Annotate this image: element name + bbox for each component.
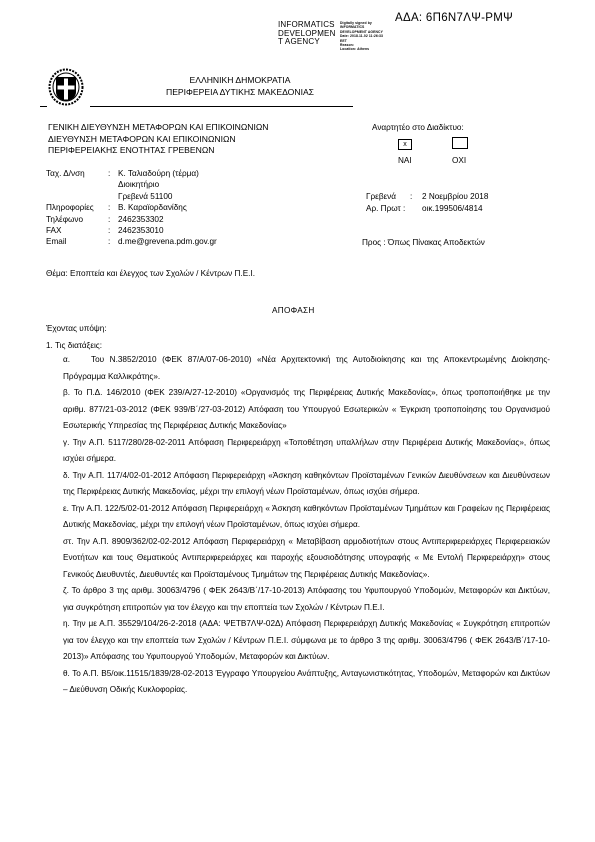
contact-label: Ταχ. Δ/νση	[46, 168, 108, 179]
colon: :	[108, 202, 118, 213]
stamp-line: T AGENCY	[278, 38, 336, 47]
contact-row-email: Email:d.me@grevena.pdm.gov.gr	[46, 236, 217, 247]
recipients-line: Προς : Όπως Πίνακας Αποδεκτών	[362, 238, 485, 247]
stamp-detail: Date: 2018.11.02 11:26:33	[340, 34, 383, 38]
email-link[interactable]: d.me@grevena.pdm.gov.gr	[118, 236, 217, 247]
item-marker: ε.	[63, 504, 69, 513]
colon: :	[108, 236, 118, 247]
item-marker: δ.	[63, 471, 70, 480]
contact-value: Γρεβενά 51100	[118, 191, 172, 202]
contact-row-fax: FAX:2462353010	[46, 225, 217, 236]
stamp-detail: Location: Athens	[340, 47, 383, 51]
item-text: Το Π.Δ. 146/2010 (ΦΕΚ 239/Α/27-12-2010) …	[63, 388, 550, 430]
contact-label: Email	[46, 236, 108, 247]
item-text: Την με Α.Π. 35529/104/26-2-2018 (ΑΔΑ: ΨΕ…	[63, 619, 550, 661]
colon: :	[108, 214, 118, 225]
item-marker: θ.	[63, 669, 70, 678]
contact-label	[46, 179, 108, 190]
provision-item: ε. Την Α.Π. 122/5/02-01-2012 Απόφαση Περ…	[63, 501, 550, 534]
contact-value: Κ. Ταλιαδούρη (τέρμα)	[118, 168, 199, 179]
contact-label: FAX	[46, 225, 108, 236]
provision-item: β. Το Π.Δ. 146/2010 (ΦΕΚ 239/Α/27-12-201…	[63, 385, 550, 435]
posting-no-label: ΟΧΙ	[452, 156, 466, 165]
provision-item: γ. Την Α.Π. 5117/280/28-02-2011 Απόφαση …	[63, 435, 550, 468]
item-marker: στ.	[63, 537, 74, 546]
contact-info: Ταχ. Δ/νση:Κ. Ταλιαδούρη (τέρμα) Διοικητ…	[46, 168, 217, 248]
region-line: ΠΕΡΙΦΕΡΕΙΑ ΔΥΤΙΚΗΣ ΜΑΚΕΔΟΝΙΑΣ	[150, 86, 330, 98]
item-text: Την Α.Π. 5117/280/28-02-2011 Απόφαση Περ…	[63, 438, 550, 464]
ada-code: ΑΔΑ: 6Π6Ν7ΛΨ-ΡΜΨ	[395, 12, 513, 24]
contact-row-address3: Γρεβενά 51100	[46, 191, 217, 202]
header-rule-right	[90, 106, 353, 107]
orders-heading: 1. Τις διατάξεις:	[46, 341, 102, 350]
contact-label	[46, 191, 108, 202]
colon: :	[108, 168, 118, 179]
contact-row-info: Πληροφορίες:Β. Καραϊορδανίδης	[46, 202, 217, 213]
item-marker: α.	[63, 352, 91, 369]
subject-line: Θέμα: Εποπτεία και έλεγχος των Σχολών / …	[46, 269, 255, 278]
colon-blank	[108, 191, 118, 202]
colon: :	[108, 225, 118, 236]
posting-yes-label: ΝΑΙ	[398, 156, 412, 165]
provision-item: θ. Το Α.Π. Β5/οικ.11515/1839/28-02-2013 …	[63, 666, 550, 699]
contact-row-address2: Διοικητήριο	[46, 179, 217, 190]
contact-row-phone: Τηλέφωνο:2462353302	[46, 214, 217, 225]
provisions-list: α.Του Ν.3852/2010 (ΦΕΚ 87/Α/07-06-2010) …	[63, 352, 550, 699]
document-meta: Γρεβενά:2 Νοεμβρίου 2018 Αρ. Πρωτ :οικ.1…	[366, 191, 488, 214]
item-text: Το Α.Π. Β5/οικ.11515/1839/28-02-2013 Έγγ…	[63, 669, 550, 695]
provision-item: στ. Την Α.Π. 8909/362/02-02-2012 Απόφαση…	[63, 534, 550, 584]
item-text: Του Ν.3852/2010 (ΦΕΚ 87/Α/07-06-2010) «Ν…	[63, 355, 550, 381]
protocol-label: Αρ. Πρωτ :	[366, 203, 422, 215]
provision-item: η. Την με Α.Π. 35529/104/26-2-2018 (ΑΔΑ:…	[63, 616, 550, 666]
posting-no-checkbox[interactable]	[452, 137, 468, 149]
contact-label: Τηλέφωνο	[46, 214, 108, 225]
item-marker: η.	[63, 619, 70, 628]
colon: :	[410, 191, 422, 203]
posting-label: Αναρτητέο στο Διαδίκτυο:	[372, 123, 464, 132]
contact-label: Πληροφορίες	[46, 202, 108, 213]
item-text: Την Α.Π. 117/4/02-01-2012 Απόφαση Περιφε…	[63, 471, 550, 497]
contact-value: 2462353010	[118, 225, 164, 236]
place-label: Γρεβενά	[366, 191, 410, 203]
regional-unit: ΠΕΡΙΦΕΡΕΙΑΚΗΣ ΕΝΟΤΗΤΑΣ ΓΡΕΒΕΝΩΝ	[48, 145, 269, 157]
directorate: ΔΙΕΥΘΥΝΣΗ ΜΕΤΑΦΟΡΩΝ ΚΑΙ ΕΠΙΚΟΙΝΩΝΙΩΝ	[48, 134, 269, 146]
colon-blank	[108, 179, 118, 190]
contact-value: Διοικητήριο	[118, 179, 159, 190]
hellenic-emblem-icon	[48, 68, 84, 106]
provision-item: δ. Την Α.Π. 117/4/02-01-2012 Απόφαση Περ…	[63, 468, 550, 501]
provision-item: α.Του Ν.3852/2010 (ΦΕΚ 87/Α/07-06-2010) …	[63, 352, 550, 385]
contact-row-address: Ταχ. Δ/νση:Κ. Ταλιαδούρη (τέρμα)	[46, 168, 217, 179]
provision-item: ζ. Το άρθρο 3 της αριθμ. 30063/4796 ( ΦΕ…	[63, 583, 550, 616]
decision-title: ΑΠΟΦΑΣΗ	[272, 306, 315, 315]
republic-line: ΕΛΛΗΝΙΚΗ ΔΗΜΟΚΡΑΤΙΑ	[150, 74, 330, 86]
protocol-number: οικ.199506/4814	[422, 203, 483, 215]
department-heading: ΓΕΝΙΚΗ ΔΙΕΥΘΥΝΣΗ ΜΕΤΑΦΟΡΩΝ ΚΑΙ ΕΠΙΚΟΙΝΩΝ…	[48, 122, 269, 157]
item-text: Την Α.Π. 122/5/02-01-2012 Απόφαση Περιφε…	[63, 504, 550, 530]
republic-heading: ΕΛΛΗΝΙΚΗ ΔΗΜΟΚΡΑΤΙΑ ΠΕΡΙΦΕΡΕΙΑ ΔΥΤΙΚΗΣ Μ…	[150, 74, 330, 98]
document-date: 2 Νοεμβρίου 2018	[422, 191, 488, 203]
header-rule-left	[40, 106, 47, 107]
date-row: Γρεβενά:2 Νοεμβρίου 2018	[366, 191, 488, 203]
contact-value: Β. Καραϊορδανίδης	[118, 202, 187, 213]
protocol-row: Αρ. Πρωτ :οικ.199506/4814	[366, 203, 488, 215]
signature-stamp-title: INFORMATICS DEVELOPMEN T AGENCY	[278, 21, 336, 47]
general-directorate: ΓΕΝΙΚΗ ΔΙΕΥΘΥΝΣΗ ΜΕΤΑΦΟΡΩΝ ΚΑΙ ΕΠΙΚΟΙΝΩΝ…	[48, 122, 269, 134]
item-text: Το άρθρο 3 της αριθμ. 30063/4796 ( ΦΕΚ 2…	[63, 586, 550, 612]
signature-stamp-details: Digitally signed by INFORMATICS DEVELOPM…	[340, 21, 383, 52]
contact-value: 2462353302	[118, 214, 164, 225]
item-text: Την Α.Π. 8909/362/02-02-2012 Απόφαση Περ…	[63, 537, 550, 579]
item-marker: ζ.	[63, 586, 69, 595]
having-in-mind: Έχοντας υπόψη:	[46, 324, 107, 333]
posting-yes-checkbox[interactable]: x	[398, 139, 412, 150]
item-marker: γ.	[63, 438, 69, 447]
item-marker: β.	[63, 388, 70, 397]
